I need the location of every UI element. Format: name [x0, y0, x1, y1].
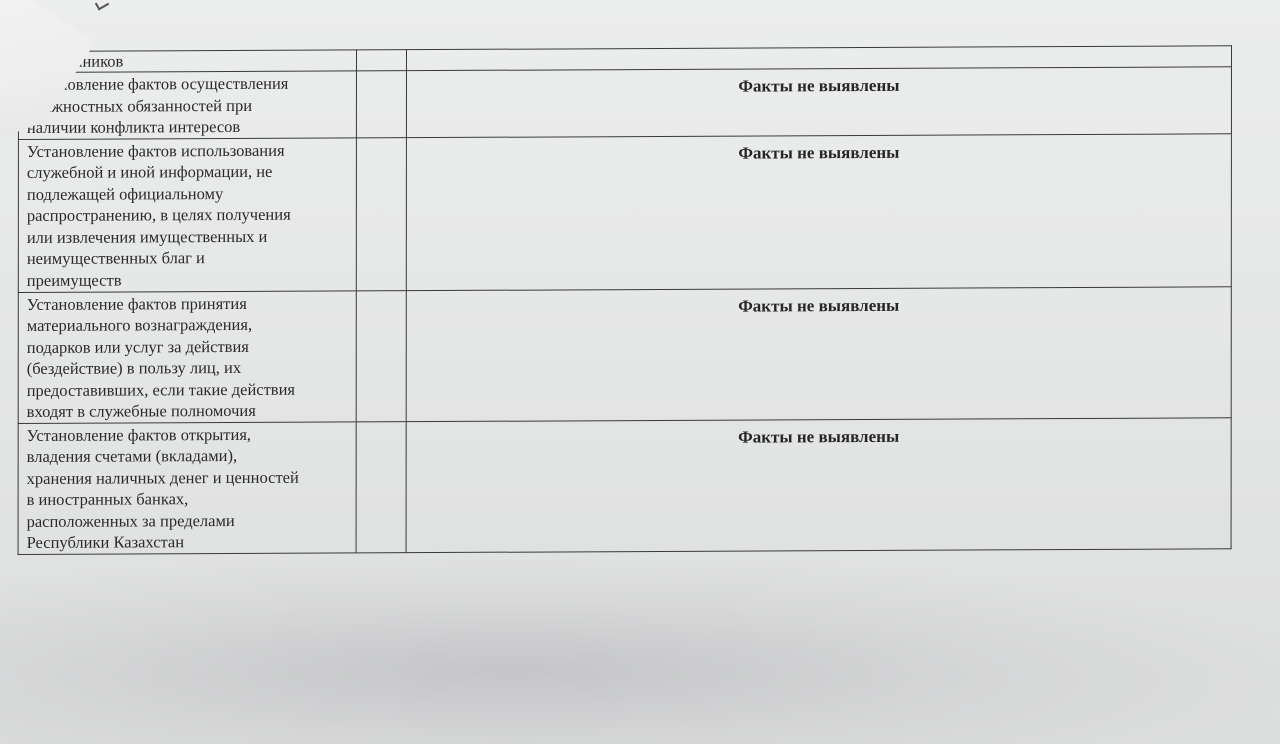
result-cell: Факты не выявлены	[406, 67, 1231, 137]
description-cell: Установление фактов использования служеб…	[18, 137, 356, 292]
result-cell: Факты не выявлены	[406, 133, 1231, 290]
result-text: Факты не выявлены	[407, 134, 1231, 166]
table-row: Установление фактов открытия, владения с…	[18, 417, 1231, 554]
table-row: Установление фактов использования служеб…	[18, 133, 1231, 292]
result-text: Факты не выявлены	[407, 287, 1231, 319]
empty-cell	[356, 50, 406, 71]
empty-cell	[356, 421, 406, 552]
description-text: Установление фактов использования служеб…	[19, 138, 356, 291]
result-text	[407, 46, 1231, 56]
result-cell: Факты не выявлены	[406, 286, 1231, 421]
table-row: Установление фактов принятия материально…	[18, 286, 1231, 423]
description-text: Установление фактов открытия, владения с…	[19, 422, 356, 554]
description-cell: Установление фактов открытия, владения с…	[18, 421, 356, 554]
description-cell: Установление фактов принятия материально…	[18, 290, 356, 423]
empty-cell	[356, 71, 406, 138]
empty-cell	[356, 137, 406, 290]
table-row: Установление фактов осуществления должно…	[18, 67, 1231, 139]
result-cell: Факты не выявлены	[406, 417, 1231, 552]
findings-table: ойственников Установление фактов осущест…	[18, 45, 1232, 554]
empty-cell	[356, 290, 406, 421]
description-text: Установление фактов принятия материально…	[19, 291, 356, 423]
result-text: Факты не выявлены	[407, 418, 1231, 450]
result-text: Факты не выявлены	[407, 67, 1231, 99]
